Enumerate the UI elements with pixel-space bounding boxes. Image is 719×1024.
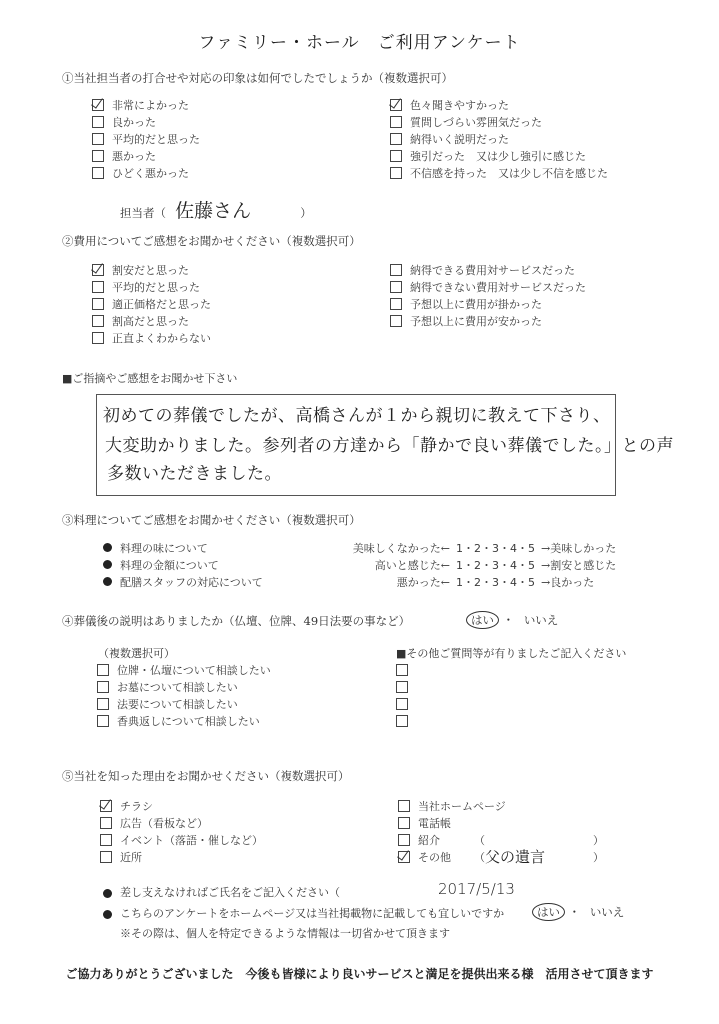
q1-option[interactable]: 平均的だと思った	[92, 130, 200, 147]
q5-option[interactable]: イベント（落語・催しなど）	[100, 831, 263, 848]
checkbox[interactable]	[390, 315, 402, 327]
q1-option[interactable]: 不信感を持った 又は少し不信を感じた	[390, 164, 608, 181]
option-label: 納得できない費用対サービスだった	[410, 279, 586, 295]
q1-option[interactable]: 質問しづらい雰囲気だった	[390, 113, 608, 130]
checkbox[interactable]	[390, 167, 402, 179]
q3-rating-rows: 料理の味について 美味しくなかった← 1・2・3・4・5 →美味しかった 料理の…	[103, 539, 623, 590]
option-label: 正直よくわからない	[112, 330, 211, 346]
q5-option[interactable]: 電話帳	[398, 814, 604, 831]
q4-yes-option[interactable]: はい	[466, 611, 499, 629]
q2-option[interactable]: 平均的だと思った	[92, 278, 211, 295]
q2-option[interactable]: 納得できない費用対サービスだった	[390, 278, 586, 295]
rating-scale[interactable]: 1・2・3・4・5	[456, 574, 535, 590]
paren-open: （	[474, 849, 485, 865]
other-question-item[interactable]	[396, 678, 416, 695]
q5-option[interactable]: 広告（看板など）	[100, 814, 263, 831]
q5-option[interactable]: チラシ	[100, 797, 263, 814]
q4-question: ④葬儀後の説明はありましたか（仏壇、位牌、49日法要の事など）	[62, 613, 410, 629]
option-label: 悪かった	[112, 148, 156, 164]
rating-high-label: →割安と感じた	[541, 557, 616, 573]
checkbox-checked[interactable]	[92, 264, 104, 276]
option-label: ひどく悪かった	[112, 165, 189, 181]
q3-question: ③料理についてご感想をお聞かせください（複数選択可）	[62, 512, 361, 528]
option-label: 質問しづらい雰囲気だった	[410, 114, 542, 130]
option-label: イベント（落語・催しなど）	[120, 832, 263, 848]
q1-option[interactable]: 非常によかった	[92, 96, 200, 113]
comment-line: 初めての葬儀でしたが、高橋さんが１から親切に教えて下さり、	[103, 401, 611, 426]
rating-low-label: 美味しくなかった←	[320, 540, 450, 556]
option-label: 不信感を持った 又は少し不信を感じた	[410, 165, 608, 181]
comments-heading: ■ご指摘やご感想をお聞かせ下さい	[62, 370, 237, 386]
checkbox-checked[interactable]	[390, 99, 402, 111]
option-label: 納得できる費用対サービスだった	[410, 262, 575, 278]
option-label: 紹介	[418, 832, 474, 848]
q2-right-options: 納得できる費用対サービスだった 納得できない費用対サービスだった 予想以上に費用…	[390, 261, 586, 329]
checkbox[interactable]	[396, 664, 408, 676]
q1-option[interactable]: 強引だった 又は少し強引に感じた	[390, 147, 608, 164]
publish-answer: はい ・ いいえ	[532, 903, 624, 921]
checkbox[interactable]	[92, 315, 104, 327]
bullet-icon	[103, 577, 112, 586]
other-question-item[interactable]	[396, 695, 416, 712]
q5-option[interactable]: 当社ホームページ	[398, 797, 604, 814]
q2-question: ②費用についてご感想をお聞かせください（複数選択可）	[62, 233, 361, 249]
q2-option[interactable]: 適正価格だと思った	[92, 295, 211, 312]
rating-scale[interactable]: 1・2・3・4・5	[456, 540, 535, 556]
checkbox[interactable]	[390, 116, 402, 128]
publish-no-option[interactable]: いいえ	[590, 905, 625, 919]
publish-prompt: こちらのアンケートをホームページ又は当社掲載物に記載しても宜しいですか	[120, 907, 504, 920]
q1-question: ①当社担当者の打合せや対応の印象は如何でしたでしょうか（複数選択可）	[62, 70, 453, 86]
q4-option[interactable]: 位牌・仏壇について相談したい	[97, 661, 271, 678]
separator: ・	[569, 905, 581, 919]
checkbox[interactable]	[390, 133, 402, 145]
q5-option-other[interactable]: その他（父の遺言）	[398, 848, 604, 865]
comment-line: 大変助かりました。参列者の方達から「静かで良い葬儀でした。」との声	[105, 431, 674, 456]
other-question-item[interactable]	[396, 712, 416, 729]
q1-option[interactable]: 悪かった	[92, 147, 200, 164]
rating-low-label: 高いと感じた←	[320, 557, 450, 573]
separator: ・	[503, 613, 515, 627]
q5-left-options: チラシ 広告（看板など） イベント（落語・催しなど） 近所	[100, 797, 263, 865]
checkbox[interactable]	[390, 150, 402, 162]
name-prompt: 差し支えなければご氏名をご記入ください（	[120, 886, 340, 899]
q1-option[interactable]: 納得いく説明だった	[390, 130, 608, 147]
checkbox[interactable]	[97, 715, 109, 727]
checkbox[interactable]	[92, 116, 104, 128]
q5-question: ⑤当社を知った理由をお聞かせください（複数選択可）	[62, 768, 350, 784]
checkbox[interactable]	[97, 681, 109, 693]
checkbox[interactable]	[100, 834, 112, 846]
q4-option[interactable]: 香典返しについて相談したい	[97, 712, 271, 729]
option-label: 割高だと思った	[112, 313, 189, 329]
option-label: 非常によかった	[112, 97, 189, 113]
other-questions-boxes	[396, 661, 416, 729]
paren-open: （	[474, 832, 485, 848]
rating-row: 料理の金額について 高いと感じた← 1・2・3・4・5 →割安と感じた	[103, 556, 623, 573]
checkbox-checked[interactable]	[92, 99, 104, 111]
option-label: 強引だった 又は少し強引に感じた	[410, 148, 586, 164]
checkbox[interactable]	[398, 817, 410, 829]
option-label: 適正価格だと思った	[112, 296, 211, 312]
option-label: 色々聞きやすかった	[410, 97, 509, 113]
q2-option[interactable]: 割高だと思った	[92, 312, 211, 329]
q1-option[interactable]: ひどく悪かった	[92, 164, 200, 181]
comments-textarea[interactable]: 初めての葬儀でしたが、高橋さんが１から親切に教えて下さり、 大変助かりました。参…	[96, 394, 616, 496]
publish-row: こちらのアンケートをホームページ又は当社掲載物に記載しても宜しいですか	[103, 905, 504, 921]
q2-option[interactable]: 予想以上に費用が安かった	[390, 312, 586, 329]
privacy-note: ※その際は、個人を特定できるような情報は一切省かせて頂きます	[120, 925, 450, 941]
q1-option[interactable]: 色々聞きやすかった	[390, 96, 608, 113]
bullet-icon	[103, 543, 112, 552]
q1-right-options: 色々聞きやすかった 質問しづらい雰囲気だった 納得いく説明だった 強引だった 又…	[390, 96, 608, 181]
option-label: 良かった	[112, 114, 156, 130]
q2-option[interactable]: 割安だと思った	[92, 261, 211, 278]
name-row: 差し支えなければご氏名をご記入ください（	[103, 884, 340, 900]
option-label: 平均的だと思った	[112, 131, 200, 147]
checkbox[interactable]	[390, 281, 402, 293]
thank-you-footer: ご協力ありがとうございました 今後も皆様により良いサービスと満足を提供出来る様 …	[0, 965, 719, 982]
option-label: お墓について相談したい	[117, 679, 238, 695]
option-label: 当社ホームページ	[418, 798, 506, 814]
checkbox[interactable]	[100, 817, 112, 829]
q4-option[interactable]: 法要について相談したい	[97, 695, 271, 712]
name-input[interactable]: 2017/5/13	[438, 880, 515, 898]
paren-close: ）	[593, 849, 604, 865]
checkbox[interactable]	[97, 698, 109, 710]
q4-option[interactable]: お墓について相談したい	[97, 678, 271, 695]
staff-field: 担当者（ 佐藤さん ）	[120, 196, 312, 223]
rating-row: 料理の味について 美味しくなかった← 1・2・3・4・5 →美味しかった	[103, 539, 623, 556]
rating-item: 料理の味について	[120, 540, 320, 556]
q2-option[interactable]: 予想以上に費用が掛かった	[390, 295, 586, 312]
publish-yes-option[interactable]: はい	[532, 903, 565, 921]
q4-left-options: 位牌・仏壇について相談したい お墓について相談したい 法要について相談したい 香…	[97, 661, 271, 729]
option-label: 位牌・仏壇について相談したい	[117, 662, 271, 678]
option-label: 平均的だと思った	[112, 279, 200, 295]
q5-option[interactable]: 近所	[100, 848, 263, 865]
checkbox[interactable]	[100, 851, 112, 863]
q4-no-option[interactable]: いいえ	[524, 613, 559, 627]
checkbox[interactable]	[92, 281, 104, 293]
option-label: 広告（看板など）	[120, 815, 208, 831]
paren-close: ）	[593, 832, 604, 848]
checkbox[interactable]	[396, 698, 408, 710]
checkbox-checked[interactable]	[100, 800, 112, 812]
checkbox[interactable]	[390, 298, 402, 310]
checkbox[interactable]	[92, 150, 104, 162]
q4-multi-note: （複数選択可）	[98, 645, 175, 661]
option-label: 法要について相談したい	[117, 696, 238, 712]
q5-right-options: 当社ホームページ 電話帳 紹介（） その他（父の遺言）	[398, 797, 604, 865]
staff-label: 担当者（	[120, 206, 166, 220]
checkbox[interactable]	[92, 298, 104, 310]
checkbox[interactable]	[396, 715, 408, 727]
rating-item: 料理の金額について	[120, 557, 320, 573]
other-questions-heading: ■その他ご質問等が有りましたご記入ください	[396, 645, 626, 661]
q1-option[interactable]: 良かった	[92, 113, 200, 130]
staff-close: ）	[300, 206, 312, 220]
bullet-icon	[103, 910, 112, 919]
other-reason-input[interactable]: 父の遺言	[485, 846, 593, 867]
survey-title: ファミリー・ホール ご利用アンケート	[0, 28, 719, 53]
rating-item: 配膳スタッフの対応について	[120, 574, 320, 590]
rating-row: 配膳スタッフの対応について 悪かった← 1・2・3・4・5 →良かった	[103, 573, 623, 590]
option-label: 割安だと思った	[112, 262, 189, 278]
option-label: その他	[418, 849, 474, 865]
q2-option[interactable]: 正直よくわからない	[92, 329, 211, 346]
rating-low-label: 悪かった←	[320, 574, 450, 590]
option-label: 予想以上に費用が掛かった	[410, 296, 542, 312]
q2-option[interactable]: 納得できる費用対サービスだった	[390, 261, 586, 278]
checkbox-checked[interactable]	[398, 851, 410, 863]
option-label: 近所	[120, 849, 142, 865]
rating-high-label: →良かった	[541, 574, 594, 590]
option-label: 香典返しについて相談したい	[117, 713, 260, 729]
checkbox[interactable]	[92, 167, 104, 179]
checkbox[interactable]	[390, 264, 402, 276]
staff-name-input[interactable]: 佐藤さん	[175, 196, 295, 223]
q4-answer: はい ・ いいえ	[466, 611, 558, 629]
option-label: チラシ	[120, 798, 153, 814]
checkbox[interactable]	[396, 681, 408, 693]
bullet-icon	[103, 560, 112, 569]
other-question-item[interactable]	[396, 661, 416, 678]
option-label: 予想以上に費用が安かった	[410, 313, 542, 329]
checkbox[interactable]	[92, 332, 104, 344]
rating-high-label: →美味しかった	[541, 540, 616, 556]
q2-left-options: 割安だと思った 平均的だと思った 適正価格だと思った 割高だと思った 正直よくわ…	[92, 261, 211, 346]
checkbox[interactable]	[97, 664, 109, 676]
q1-left-options: 非常によかった 良かった 平均的だと思った 悪かった ひどく悪かった	[92, 96, 200, 181]
option-label: 納得いく説明だった	[410, 131, 509, 147]
comment-line: 多数いただきました。	[107, 459, 282, 484]
checkbox[interactable]	[398, 800, 410, 812]
bullet-icon	[103, 889, 112, 898]
option-label: 電話帳	[418, 815, 451, 831]
checkbox[interactable]	[398, 834, 410, 846]
rating-scale[interactable]: 1・2・3・4・5	[456, 557, 535, 573]
checkbox[interactable]	[92, 133, 104, 145]
